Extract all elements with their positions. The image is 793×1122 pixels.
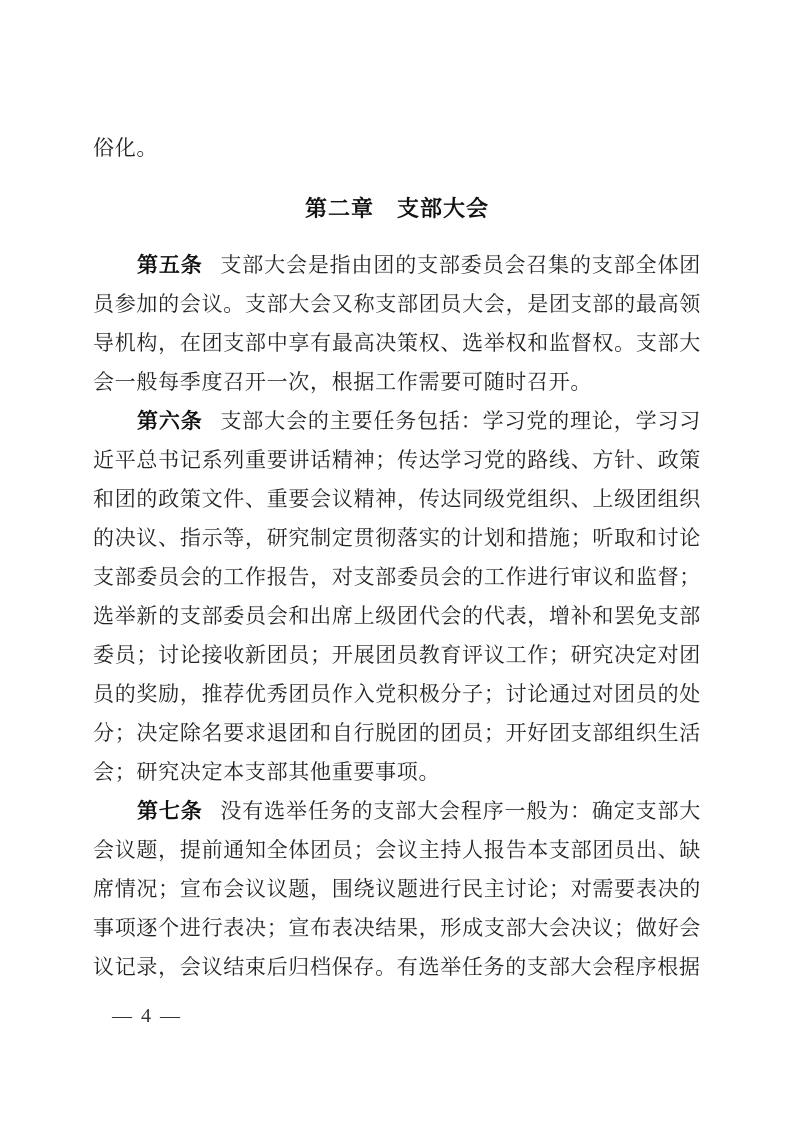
paragraph-continuation: 俗化。 [93, 129, 701, 168]
page-footer: — 4 — [93, 1001, 701, 1031]
article-6: 第六条支部大会的主要任务包括：学习党的理论，学习习近平总书记系列重要讲话精神；传… [93, 402, 701, 792]
article-7: 第七条没有选举任务的支部大会程序一般为：确定支部大会议题，提前通知全体团员；会议… [93, 792, 701, 987]
article-7-label: 第七条 [137, 800, 203, 823]
article-6-label: 第六条 [137, 410, 203, 433]
document-page: 俗化。 第二章 支部大会 第五条支部大会是指由团的支部委员会召集的支部全体团员参… [0, 0, 793, 1122]
article-7-text: 没有选举任务的支部大会程序一般为：确定支部大会议题，提前通知全体团员；会议主持人… [93, 799, 701, 979]
article-5-label: 第五条 [137, 254, 203, 277]
document-content: 俗化。 第二章 支部大会 第五条支部大会是指由团的支部委员会召集的支部全体团员参… [93, 129, 701, 1031]
article-6-text: 支部大会的主要任务包括：学习党的理论，学习习近平总书记系列重要讲话精神；传达学习… [93, 409, 701, 784]
article-5: 第五条支部大会是指由团的支部委员会召集的支部全体团员参加的会议。支部大会又称支部… [93, 246, 701, 402]
chapter-heading: 第二章 支部大会 [93, 168, 701, 246]
page-number: — 4 — [112, 1005, 182, 1027]
